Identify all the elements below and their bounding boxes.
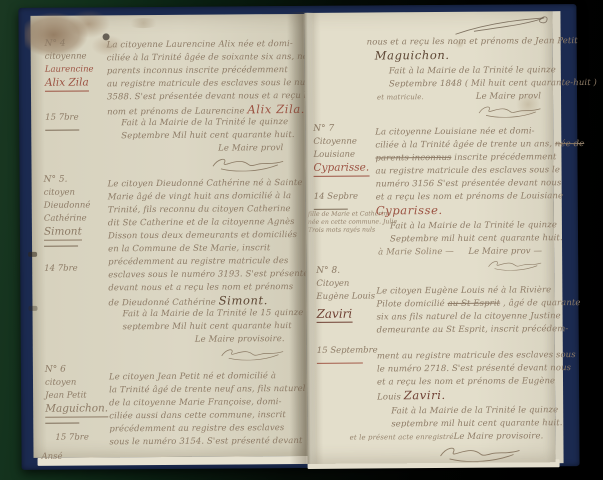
act-8: Le citoyen Eugène Louis né à la Rivière … [376, 284, 565, 460]
act-closing: Fait à la Mairie de la Trinité le quinze [377, 404, 565, 418]
margin-name-line: Laurencine [45, 63, 94, 76]
margin-name-line: Dieudonné [44, 199, 91, 212]
margin-date: 15 7bre [45, 111, 94, 124]
act-5: Le citoyen Dieudonné Cathérine né à Sain… [108, 177, 307, 363]
act-closing: Fait à la Mairie de la Trinité le quinze [375, 64, 563, 78]
act-closing: Septembre mil huit cent quarante huit. [376, 232, 564, 246]
margin-entry-8: N° 8. Citoyen Eugène Louis Zaviri 15 Sep… [316, 264, 378, 363]
margin-name: Zaviri [316, 308, 352, 323]
act-number: N° 6 [45, 363, 108, 376]
interline-note: et matricule. [375, 91, 424, 104]
margin-rule [317, 363, 363, 364]
act-number: N° 8. [316, 264, 377, 277]
act-closing: septembre mil huit cent quarante huit. [377, 417, 565, 431]
margin-entry-4: N° 4 citoyenne Laurencine Alix Zila 15 7… [45, 37, 94, 130]
act-line: demeurante au St Esprit, inscrit précéde… [377, 323, 565, 337]
act-line: six ans fils naturel de la citoyenne Jus… [377, 310, 565, 324]
open-register-book: N° 4 citoyenne Laurencine Alix Zila 15 7… [18, 4, 579, 470]
signature-flourish [376, 258, 564, 275]
act-number: N° 5. [44, 173, 91, 186]
signature-flourish [375, 103, 563, 120]
act-line: devant nous et a reçu les nom et prénoms [108, 281, 306, 295]
margin-title: citoyen [45, 376, 108, 389]
struck-words: au St Esprit [448, 299, 501, 309]
margin-rule [45, 130, 79, 131]
interline-note: et le présent acte enregistré [348, 431, 454, 445]
margin-date: 14 7bre [44, 262, 91, 275]
act-name: Maguichon. [375, 48, 450, 63]
margin-date: 14 Sepbre [314, 191, 370, 204]
act-line: Disson tous deux demeurants et domicilié… [108, 229, 306, 243]
left-page-text: La citoyenne Laurencine Alix née et domi… [107, 38, 308, 449]
signature-flourish [107, 155, 305, 172]
margin-name: Alix Zila [45, 76, 89, 91]
act-line: numéro 3156 S'est présentée devant nous [376, 177, 564, 191]
act-line: La citoyenne Louisiane née et domi- [375, 125, 563, 139]
margin-rule [45, 423, 79, 424]
margin-entry-5: N° 5. citoyen Dieudonné Cathérine Simont… [44, 173, 91, 275]
act-number: N° 4 [45, 37, 94, 50]
right-page-text: nous et a reçu les nom et prénoms de Jea… [375, 35, 566, 460]
margin-title: Citoyen [316, 277, 377, 290]
act-closing: Septembre 1848 ( Mil huit cent quarante-… [375, 77, 563, 91]
act-line: au registre matricule des esclaves sous … [376, 164, 564, 178]
act-6-continuation: nous et a reçu les nom et prénoms de Jea… [375, 35, 564, 120]
act-line: Cyparisse. [376, 203, 564, 220]
margin-name: Simont [44, 226, 82, 241]
act-line: Pilote domicilié au St Esprit , âgé de q… [376, 297, 564, 311]
binding-mark [28, 252, 37, 257]
signature-flourish [377, 443, 565, 460]
faint-stain [126, 18, 160, 28]
margin-title: citoyenne [45, 50, 94, 63]
act-name: Cyparisse. [376, 203, 443, 217]
act-line: Louis Zaviri. [377, 388, 565, 405]
struck-words: parents inconnus [375, 153, 451, 164]
act-name: Alix Zila. [247, 102, 305, 116]
signature-flourish [109, 346, 307, 363]
interline-note: à Marie Soline — [376, 246, 454, 260]
mayor-signoff: à Marie Soline —Le Maire prov — [376, 245, 564, 259]
left-page: N° 4 citoyenne Laurencine Alix Zila 15 7… [30, 14, 307, 458]
right-page: N° 7 Citoyenne Louisiane Cyparisse. 14 S… [304, 11, 555, 464]
act-closing: Fait à la Mairie de la Trinité le quinze [376, 219, 564, 233]
act-6: Le citoyen Jean Petit né et domicilié à … [109, 370, 308, 449]
margin-entry-7: N° 7 Citoyenne Louisiane Cyparisse. 14 S… [313, 123, 369, 210]
margin-name: Cyparisse. [313, 162, 369, 177]
act-line: le numéro 2718. S'est présenté devant no… [377, 362, 565, 376]
margin-date: 15 Septembre [317, 344, 378, 357]
mayor-signoff: et le présent acte enregistréLe Maire pr… [377, 430, 565, 444]
margin-date: 15 7bre [45, 431, 108, 444]
margin-note: Ansé [41, 450, 108, 463]
margin-name-line: Louisiane [313, 149, 369, 162]
act-line [377, 336, 565, 350]
act-line: ment au registre matricule des esclaves … [377, 349, 565, 363]
mayor-signoff: et matricule.Le Maire provl [375, 90, 563, 104]
margin-name-line: Jean Petit [45, 389, 108, 402]
act-line: parents inconnus inscrite précédemment [375, 151, 563, 165]
margin-title: citoyen [44, 186, 91, 199]
act-line: ciliée à la Trinité âgée de trente un an… [375, 138, 563, 152]
margin-rule [44, 246, 78, 247]
act-name: Zaviri. [404, 388, 446, 402]
act-name: Simont. [219, 293, 268, 307]
margin-title: Citoyenne [313, 136, 369, 149]
struck-words: née de [555, 139, 584, 149]
act-line: Le citoyen Eugène Louis né à la Rivière [376, 284, 564, 298]
margin-name-line: Eugène Louis [316, 290, 377, 303]
binding-mark [28, 306, 37, 311]
act-line: Maguichon. [375, 48, 563, 65]
margin-name: Maguichon. [45, 402, 108, 417]
margin-entry-6: N° 6 citoyen Jean Petit Maguichon. 15 7b… [45, 363, 109, 463]
act-line: sous le numéro 3154. S'est présenté deva… [109, 435, 307, 449]
act-4: La citoyenne Laurencine Alix née et domi… [107, 38, 306, 172]
act-7: La citoyenne Louisiane née et domi- cili… [375, 125, 564, 275]
act-number: N° 7 [313, 123, 369, 136]
margin-name-line: Cathérine [44, 212, 91, 225]
